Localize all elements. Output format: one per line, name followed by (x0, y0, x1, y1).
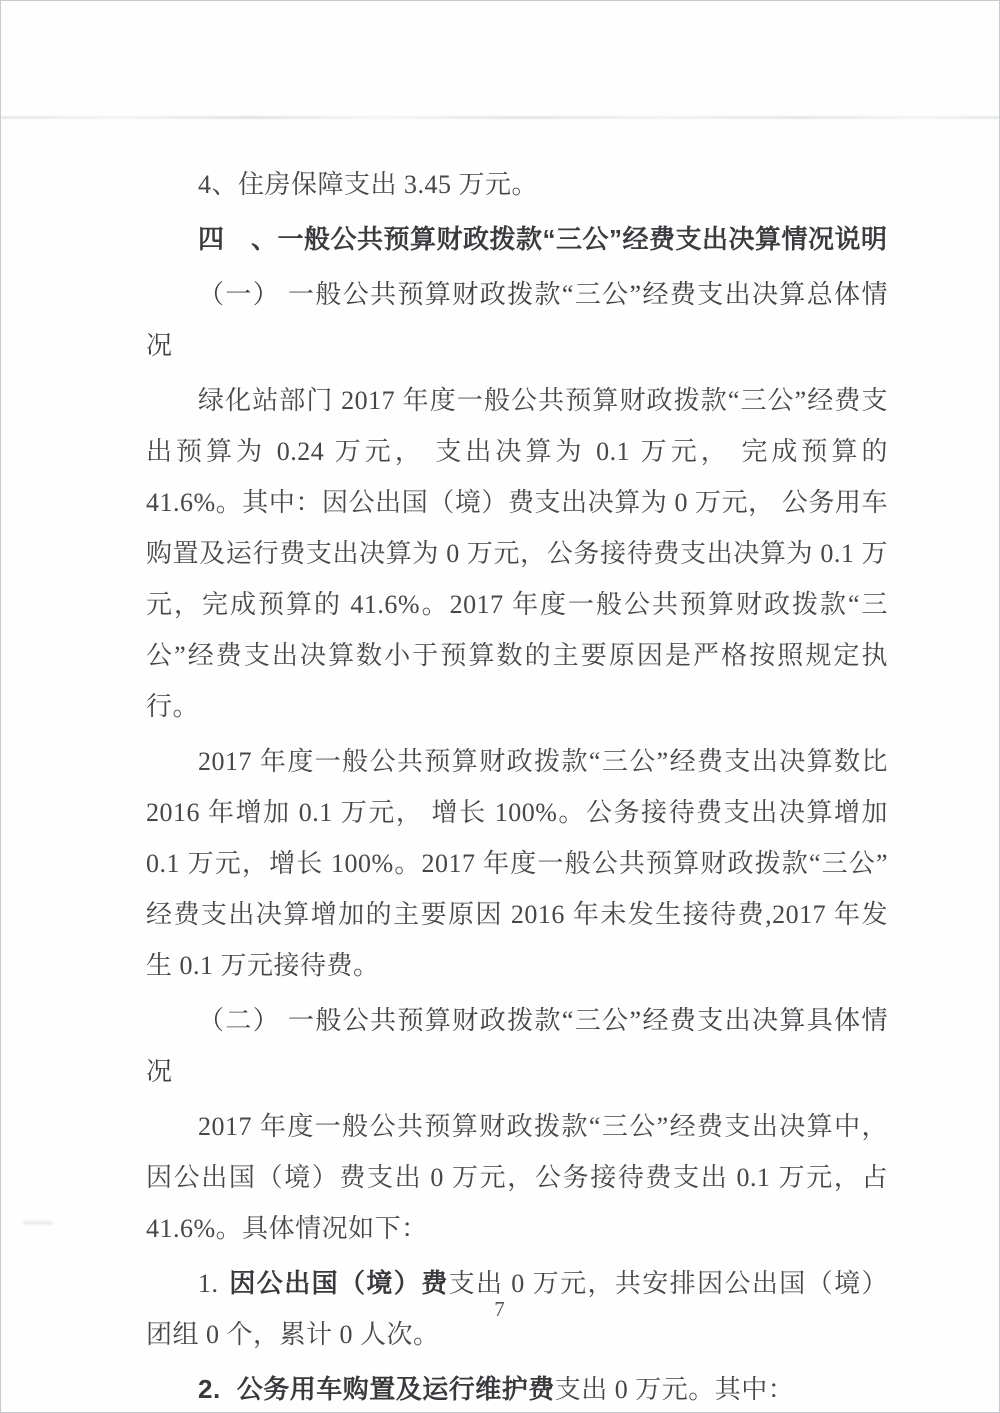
scan-smudge-mark (23, 1221, 53, 1225)
item-label-vehicle: 公务用车购置及运行维护费 (237, 1374, 555, 1404)
list-item-vehicle-expense: 2.公务用车购置及运行维护费支出 0 万元。其中： (146, 1364, 888, 1413)
paragraph-year-comparison: 2017 年度一般公共预算财政拨款“三公”经费支出决算数比 2016 年增加 0… (146, 736, 888, 991)
document-page: 4、住房保障支出 3.45 万元。 四 、一般公共预算财政拨款“三公”经费支出决… (0, 0, 1000, 1413)
subheading-specific-situation: （二） 一般公共预算财政拨款“三公”经费支出决算具体情况 (146, 995, 888, 1097)
paragraph-housing-expense: 4、住房保障支出 3.45 万元。 (146, 159, 888, 210)
item-text-vehicle: 支出 0 万元。其中： (555, 1375, 795, 1404)
subheading-overall-situation: （一） 一般公共预算财政拨款“三公”经费支出决算总体情况 (146, 269, 888, 371)
paragraph-overall-situation: 绿化站部门 2017 年度一般公共预算财政拨款“三公”经费支出预算为 0.24 … (146, 375, 888, 732)
item-number: 2. (198, 1374, 221, 1404)
item-label-abroad: 因公出国（境）费 (229, 1268, 449, 1298)
document-body: 4、住房保障支出 3.45 万元。 四 、一般公共预算财政拨款“三公”经费支出决… (146, 159, 888, 1413)
section-heading-four: 四 、一般公共预算财政拨款“三公”经费支出决算情况说明 (146, 214, 888, 265)
page-number: 7 (1, 1297, 999, 1322)
paragraph-specific-situation: 2017 年度一般公共预算财政拨款“三公”经费支出决算中，因公出国（境）费支出 … (146, 1101, 888, 1254)
scan-artifact-line (1, 116, 999, 119)
item-number: 1. (198, 1269, 219, 1298)
